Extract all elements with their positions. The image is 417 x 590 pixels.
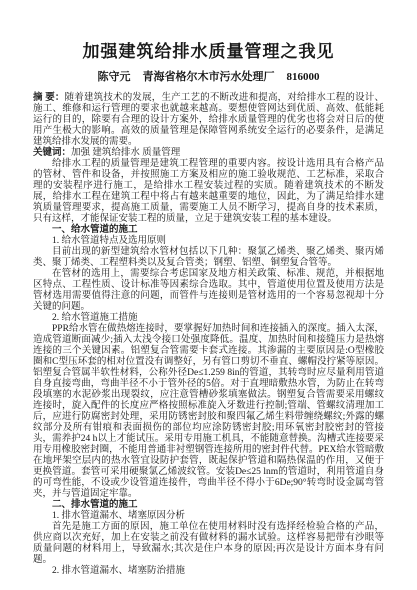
body-paragraph: 在管材的选用上，需要综合考虑国家及地方相关政策、标准、规范，并根据地区特点、工程… — [33, 269, 384, 313]
keywords-label: 关键词： — [33, 148, 71, 158]
abstract-paragraph: 摘 要：随着建筑技术的发展，生产工艺的不断改进和提高，对给排水工程的设计、施工、… — [33, 93, 384, 148]
keywords-line: 关键词：加强 建筑给排水 质量管理 — [33, 148, 384, 159]
author-name: 陈守元 — [98, 71, 131, 83]
subsection-heading: 2. 给水管道施工措施 — [33, 313, 384, 324]
body-paragraph: 目前出现的新型建筑给水管材包括以下几种：聚氯乙烯类、聚乙烯类、聚丙烯类、聚丁烯类… — [33, 247, 384, 269]
body-paragraph: 首先是施工方面的原因，施工单位在使用材料时没有选择经检验合格的产品，供应商以次充… — [33, 522, 384, 566]
body-paragraph: PPR给水管在做热熔连接时，要掌握好加热时间和连接插入的深度。插入太深，造成管道… — [33, 324, 384, 500]
abstract-label: 摘 要： — [33, 93, 65, 103]
intro-paragraph: 给排水工程的质量管理是建筑工程管理的重要内容。按设计选用具有合格产品的管材、管件… — [33, 159, 384, 225]
abstract-text: 随着建筑技术的发展，生产工艺的不断改进和提高，对给排水工程的设计、施工、维修和运… — [33, 93, 384, 147]
keywords-text: 加强 建筑给排水 质量管理 — [71, 148, 180, 158]
subsection-heading: 1. 给水管道特点及选用原则 — [33, 236, 384, 247]
author-affiliation: 青海省格尔木市污水处理厂 — [143, 71, 275, 83]
section-heading: 一、给水管道的施工 — [33, 225, 384, 236]
document-page: 加强建筑给排水质量管理之我见 陈守元青海省格尔木市污水处理厂816000 摘 要… — [0, 0, 417, 590]
sections-container: 一、给水管道的施工1. 给水管道特点及选用原则目前出现的新型建筑给水管材包括以下… — [33, 225, 384, 577]
subsection-heading: 1. 排水管道漏水、堵塞原因分析 — [33, 511, 384, 522]
subsection-heading: 2. 排水管道漏水、堵塞防治措施 — [33, 566, 384, 577]
section-heading: 二、排水管道的施工 — [33, 500, 384, 511]
document-title: 加强建筑给排水质量管理之我见 — [33, 42, 384, 62]
postal-code: 816000 — [287, 71, 320, 83]
author-line: 陈守元青海省格尔木市污水处理厂816000 — [33, 71, 384, 84]
